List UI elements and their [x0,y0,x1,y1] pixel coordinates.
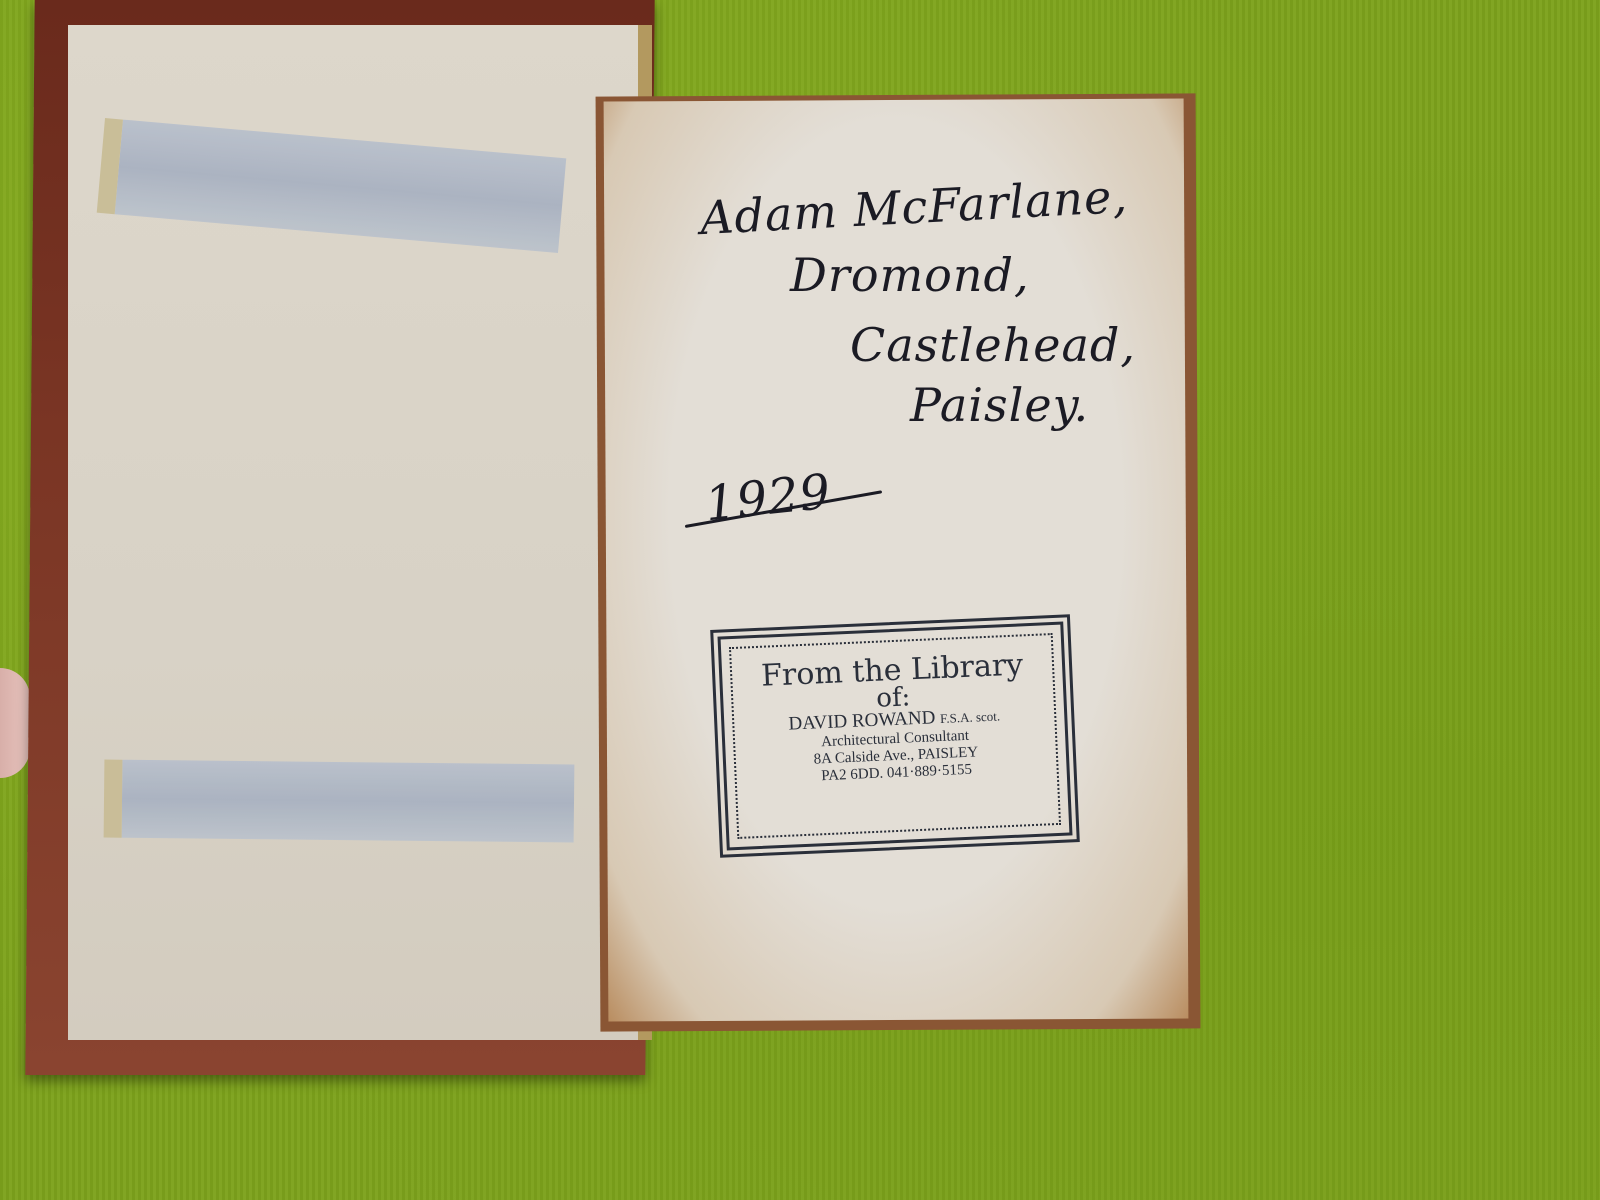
inscription-town: Paisley. [910,378,1089,432]
stamp-owner-suffix: F.S.A. scot. [940,708,1001,726]
inscription-house: Dromond, [790,248,1030,302]
library-stamp-inner: From the Library of: DAVID ROWAND F.S.A.… [729,633,1061,839]
inscription-area: Castlehead, [850,318,1136,372]
old-tape-bottom [104,760,575,843]
library-stamp: From the Library of: DAVID ROWAND F.S.A.… [710,614,1080,857]
finger [0,668,30,778]
flyleaf-page [604,98,1189,1021]
